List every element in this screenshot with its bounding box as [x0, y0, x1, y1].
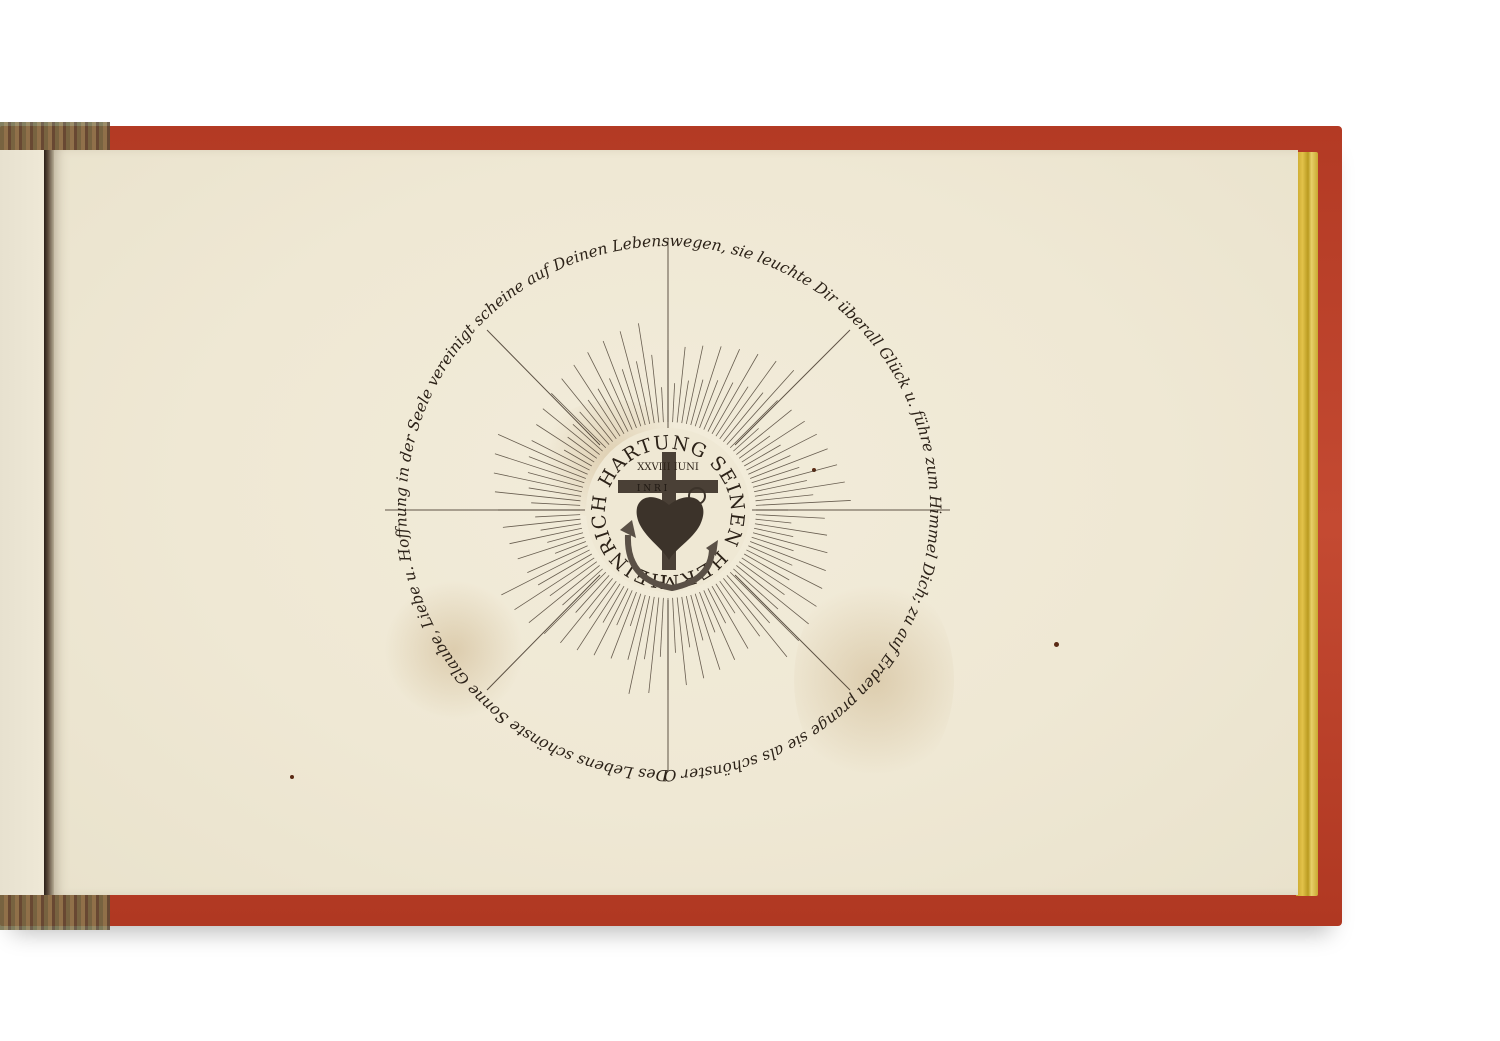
emblem-drawing: HEINRICH HARTUNG SEINEN HERMANN MEIER 18… — [0, 0, 1500, 1041]
date-line: XXVIII IUNI — [637, 462, 699, 473]
album-scene: HEINRICH HARTUNG SEINEN HERMANN MEIER 18… — [0, 0, 1500, 1041]
inri-inscription: I N R I — [637, 484, 668, 494]
circular-inscription: Des Lebens schönste Sonne Glaube, Liebe … — [0, 0, 944, 784]
